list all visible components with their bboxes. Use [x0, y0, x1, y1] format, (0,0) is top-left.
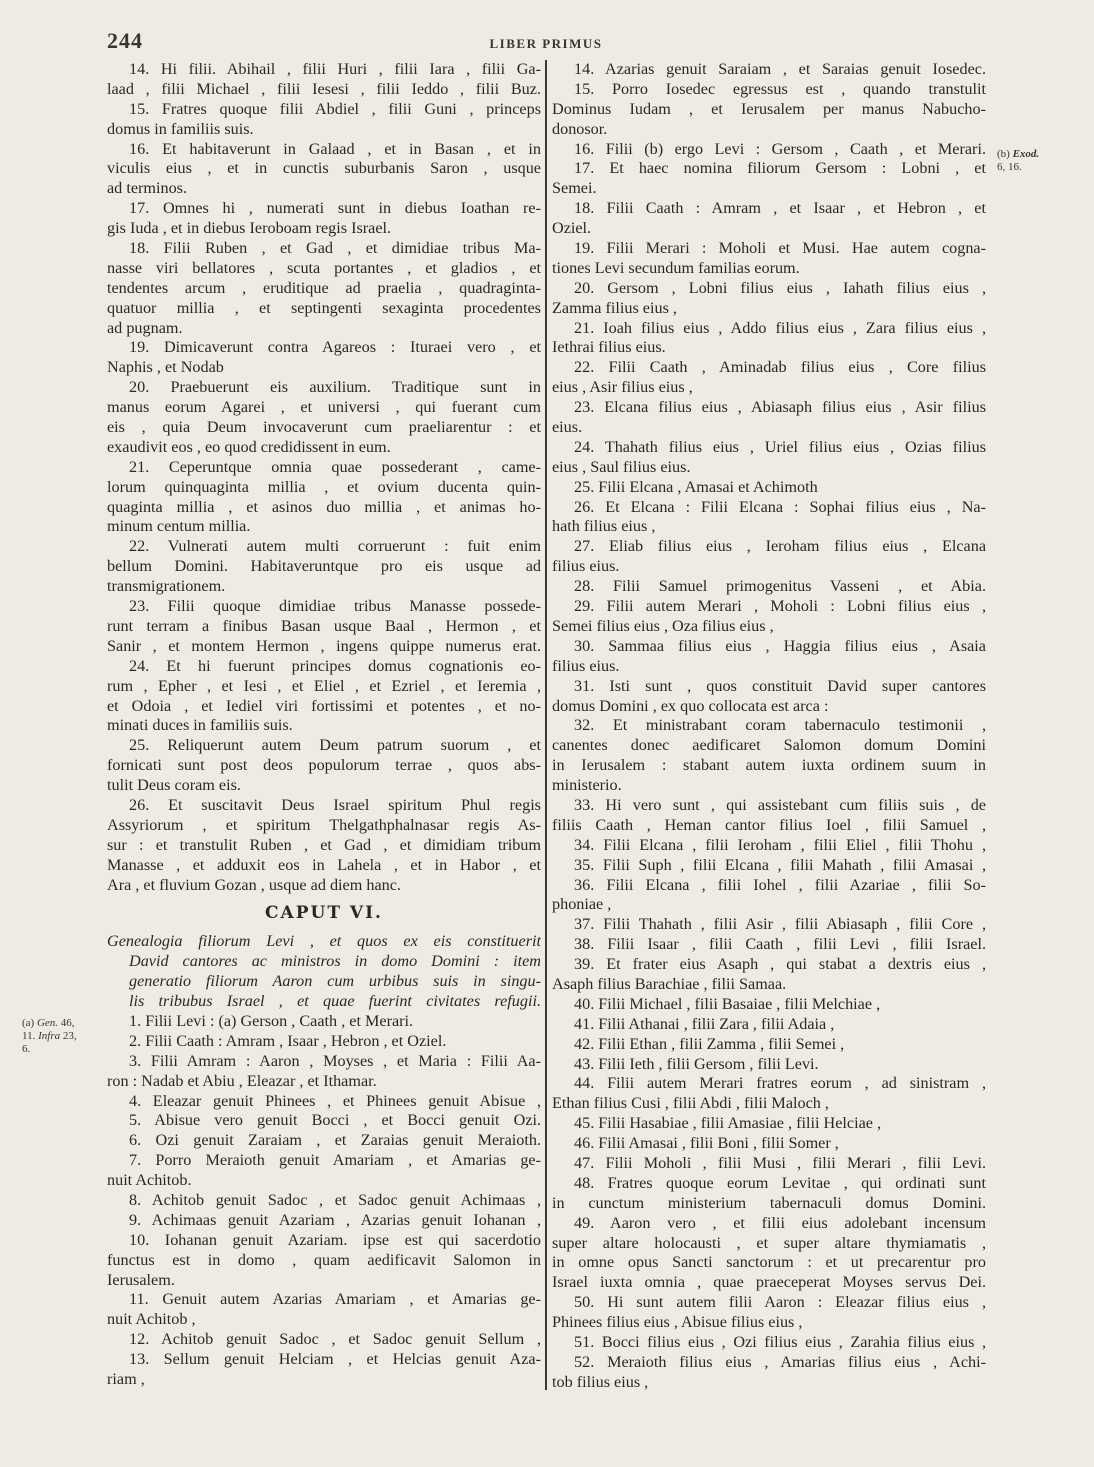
- text-line: 22. Vulnerati autem multi corruerunt : f…: [107, 537, 541, 557]
- note-line2-num: 11.: [22, 1030, 35, 1042]
- text-line: 15. Porro Iosedec egressus est , quando …: [552, 80, 986, 100]
- text-line: runt terram a finibus Basan usque Baal ,…: [107, 617, 541, 637]
- text-line: nuit Achitob ,: [107, 1310, 541, 1330]
- text-line: 14. Azarias genuit Saraiam , et Saraias …: [552, 60, 986, 80]
- text-line: ron : Nadab et Abiu , Eleazar , et Itham…: [107, 1072, 541, 1092]
- text-line: Ara , et fluvium Gozan , usque ad diem h…: [107, 876, 541, 896]
- text-line: minum centum millia.: [107, 517, 541, 537]
- text-line: filius eius.: [552, 557, 986, 577]
- text-line: 9. Achimaas genuit Azariam , Azarias gen…: [107, 1211, 541, 1231]
- text-line: 24. Thahath filius eius , Uriel filius e…: [552, 438, 986, 458]
- text-line: in Ierusalem : stabant autem iuxta ordin…: [552, 756, 986, 776]
- text-line: 45. Filii Hasabiae , filii Amasiae , fil…: [552, 1114, 986, 1134]
- text-line: 40. Filii Michael , filii Basaiae , fili…: [552, 995, 986, 1015]
- text-line: 2. Filii Caath : Amram , Isaar , Hebron …: [107, 1032, 541, 1052]
- text-line: lorum quinquaginta millia , et ovium duc…: [107, 478, 541, 498]
- text-line: 10. Iohanan genuit Azariam. ipse est qui…: [107, 1231, 541, 1251]
- text-line: nuit Achitob.: [107, 1171, 541, 1191]
- text-line: domus in familiis suis.: [107, 120, 541, 140]
- text-line: 37. Filii Thahath , filii Asir , filii A…: [552, 915, 986, 935]
- text-line: nasse viri bellatores , scuta portantes …: [107, 259, 541, 279]
- text-line: functus est in domo , quam aedificavit S…: [107, 1251, 541, 1271]
- text-line: 25. Reliquerunt autem Deum patrum suorum…: [107, 736, 541, 756]
- text-line: Dominus Iudam , et Ierusalem per manus N…: [552, 100, 986, 120]
- text-line: Manasse , et adduxit eos in Lahela , et …: [107, 856, 541, 876]
- text-line: 19. Dimicaverunt contra Agareos : Iturae…: [107, 338, 541, 358]
- text-line: hath filius eius ,: [552, 517, 986, 537]
- text-line: bellum Domini. Habitaveruntque pro eis u…: [107, 557, 541, 577]
- text-line: et Odoia , et Iediel viri fortissimi et …: [107, 697, 541, 717]
- column-divider: [545, 60, 547, 1390]
- text-line: tendentes arcum , eruditique ad praelia …: [107, 279, 541, 299]
- text-line: Ethan filius Cusi , filii Abdi , filii M…: [552, 1094, 986, 1114]
- text-line: sur : et transtulit Ruben , et Gad , et …: [107, 836, 541, 856]
- text-line: manus eorum Agarei , et universi , qui f…: [107, 398, 541, 418]
- text-line: 32. Et ministrabant coram tabernaculo te…: [552, 716, 986, 736]
- text-line: laad , filii Michael , filii Iesesi , fi…: [107, 80, 541, 100]
- text-line: 12. Achitob genuit Sadoc , et Sadoc genu…: [107, 1330, 541, 1350]
- text-line: 1. Filii Levi : (a) Gerson , Caath , et …: [107, 1012, 541, 1032]
- text-line: 46. Filii Amasai , filii Boni , filii So…: [552, 1134, 986, 1154]
- right-verses-chapter-6: 14. Azarias genuit Saraiam , et Saraias …: [552, 60, 986, 1393]
- text-line: 13. Sellum genuit Helciam , et Helcias g…: [107, 1350, 541, 1370]
- left-column: 14. Hi filii. Abihail , filii Huri , fil…: [107, 60, 541, 1390]
- text-line: 50. Hi sunt autem filii Aaron : Eleazar …: [552, 1293, 986, 1313]
- book-page: 244 LIBER PRIMUS 14. Hi filii. Abihail ,…: [0, 0, 1094, 1467]
- text-line: 48. Fratres quoque eorum Levitae , qui o…: [552, 1174, 986, 1194]
- text-line: gis Iuda , et in diebus Ieroboam regis I…: [107, 219, 541, 239]
- text-line: 21. Ceperuntque omnia quae possederant ,…: [107, 458, 541, 478]
- text-line: filius eius.: [552, 657, 986, 677]
- text-line: 33. Hi vero sunt , qui assistebant cum f…: [552, 796, 986, 816]
- text-line: Sanir , et montem Hermon , ingens quippe…: [107, 637, 541, 657]
- text-line: 52. Meraioth filius eius , Amarias filiu…: [552, 1353, 986, 1373]
- text-line: 41. Filii Athanai , filii Zara , filii A…: [552, 1015, 986, 1035]
- text-line: 6. Ozi genuit Zaraiam , et Zaraias genui…: [107, 1131, 541, 1151]
- text-line: 17. Omnes hi , numerati sunt in diebus I…: [107, 199, 541, 219]
- text-line: phoniae ,: [552, 895, 986, 915]
- text-line: 26. Et Elcana : Filii Elcana : Sophai fi…: [552, 498, 986, 518]
- text-line: fornicati sunt post deos populorum terra…: [107, 756, 541, 776]
- text-line: Semei filius eius , Oza filius eius ,: [552, 617, 986, 637]
- text-line: 47. Filii Moholi , filii Musi , filii Me…: [552, 1154, 986, 1174]
- text-line: Zamma filius eius ,: [552, 299, 986, 319]
- text-line: eius , Saul filius eius.: [552, 458, 986, 478]
- text-line: 21. Ioah filius eius , Addo filius eius …: [552, 319, 986, 339]
- margin-note-a: (a) Gen. 46, 11. Infra 23, 6.: [22, 1017, 102, 1056]
- text-line: Asaph filius Barachiae , filii Samaa.: [552, 975, 986, 995]
- chapter-summary: Genealogia filiorum Levi , et quos ex ei…: [107, 932, 541, 1012]
- text-line: 4. Eleazar genuit Phinees , et Phinees g…: [107, 1092, 541, 1112]
- text-line: 3. Filii Amram : Aaron , Moyses , et Mar…: [107, 1052, 541, 1072]
- right-column: 14. Azarias genuit Saraiam , et Saraias …: [552, 60, 986, 1393]
- text-line: 18. Filii Caath : Amram , et Isaar , et …: [552, 199, 986, 219]
- text-line: Israel iuxta omnia , quae praeceperat Mo…: [552, 1273, 986, 1293]
- text-line: 20. Praebuerunt eis auxilium. Traditique…: [107, 378, 541, 398]
- text-line: quatuor millia , et septingenti sexagint…: [107, 299, 541, 319]
- text-line: transmigrationem.: [107, 577, 541, 597]
- text-line: 23. Elcana filius eius , Abiasaph filius…: [552, 398, 986, 418]
- text-line: 51. Bocci filius eius , Ozi filius eius …: [552, 1333, 986, 1353]
- text-line: 36. Filii Elcana , filii Iohel , filii A…: [552, 876, 986, 896]
- text-line: 43. Filii Ieth , filii Gersom , filii Le…: [552, 1055, 986, 1075]
- left-verses-chapter-6: 1. Filii Levi : (a) Gerson , Caath , et …: [107, 1012, 541, 1390]
- text-line: 44. Filii autem Merari fratres eorum , a…: [552, 1074, 986, 1094]
- text-line: 14. Hi filii. Abihail , filii Huri , fil…: [107, 60, 541, 80]
- text-line: 19. Filii Merari : Moholi et Musi. Hae a…: [552, 239, 986, 259]
- text-line: Iethrai filius eius.: [552, 338, 986, 358]
- text-line: ministerio.: [552, 776, 986, 796]
- text-line: 8. Achitob genuit Sadoc , et Sadoc genui…: [107, 1191, 541, 1211]
- text-line: in omne opus Sancti sanctorum : et ut pr…: [552, 1253, 986, 1273]
- text-line: ad pugnam.: [107, 319, 541, 339]
- text-line: riam ,: [107, 1370, 541, 1390]
- text-line: 20. Gersom , Lobni filius eius , Iahath …: [552, 279, 986, 299]
- note-ref-exod-num: 6, 16.: [997, 161, 1022, 173]
- text-line: 28. Filii Samuel primogenitus Vasseni , …: [552, 577, 986, 597]
- text-line: 49. Aaron vero , et filii eius adolebant…: [552, 1214, 986, 1234]
- text-line: 16. Filii (b) ergo Levi : Gersom , Caath…: [552, 140, 986, 160]
- text-line: 34. Filii Elcana , filii Ieroham , filii…: [552, 836, 986, 856]
- text-line: 17. Et haec nomina filiorum Gersom : Lob…: [552, 159, 986, 179]
- page-header: 244 LIBER PRIMUS: [107, 28, 985, 54]
- text-line: 25. Filii Elcana , Amasai et Achimoth: [552, 478, 986, 498]
- text-line: Semei.: [552, 179, 986, 199]
- text-line: donosor.: [552, 120, 986, 140]
- text-line: filiis Caath , Heman cantor filius Ioel …: [552, 816, 986, 836]
- note-line3: 6.: [22, 1043, 30, 1055]
- text-line: 38. Filii Isaar , filii Caath , filii Le…: [552, 935, 986, 955]
- text-line: 7. Porro Meraioth genuit Amariam , et Am…: [107, 1151, 541, 1171]
- text-line: 22. Filii Caath , Aminadab filius eius ,…: [552, 358, 986, 378]
- text-line: eius , Asir filius eius ,: [552, 378, 986, 398]
- note-ref-exod: Exod.: [1013, 148, 1040, 160]
- chapter-heading: CAPUT VI.: [107, 904, 541, 926]
- text-line: Naphis , et Nodab: [107, 358, 541, 378]
- text-line: tob filius eius ,: [552, 1373, 986, 1393]
- text-line: 5. Abisue vero genuit Bocci , et Bocci g…: [107, 1111, 541, 1131]
- margin-note-b: (b) Exod. 6, 16.: [997, 148, 1087, 174]
- text-line: 23. Filii quoque dimidiae tribus Manasse…: [107, 597, 541, 617]
- text-line: 11. Genuit autem Azarias Amariam , et Am…: [107, 1290, 541, 1310]
- text-line: 42. Filii Ethan , filii Zamma , filii Se…: [552, 1035, 986, 1055]
- text-line: lis tribubus Israel , et quae fuerint ci…: [107, 992, 541, 1012]
- text-line: 29. Filii autem Merari , Moholi : Lobni …: [552, 597, 986, 617]
- text-line: super altare holocausti , et super altar…: [552, 1234, 986, 1254]
- text-line: 27. Eliab filius eius , Ieroham filius e…: [552, 537, 986, 557]
- text-line: 16. Et habitaverunt in Galaad , et in Ba…: [107, 140, 541, 160]
- text-line: exaudivit eos , eo quod credidissent in …: [107, 438, 541, 458]
- text-line: 30. Sammaa filius eius , Haggia filius e…: [552, 637, 986, 657]
- text-line: 26. Et suscitavit Deus Israel spiritum P…: [107, 796, 541, 816]
- text-line: 18. Filii Ruben , et Gad , et dimidiae t…: [107, 239, 541, 259]
- note-marker-b: (b): [997, 148, 1010, 160]
- note-ref-gen: Gen.: [37, 1017, 58, 1029]
- text-line: rum , Epher , et Iesi , et Eliel , et Ez…: [107, 677, 541, 697]
- text-line: tiones Levi secundum familias eorum.: [552, 259, 986, 279]
- text-line: 24. Et hi fuerunt principes domus cognat…: [107, 657, 541, 677]
- text-line: domus Domini , ex quo collocata est arca…: [552, 697, 986, 717]
- text-line: canentes donec aedificaret Salomon domum…: [552, 736, 986, 756]
- left-verses-chapter-5: 14. Hi filii. Abihail , filii Huri , fil…: [107, 60, 541, 895]
- text-line: 15. Fratres quoque filii Abdiel , filii …: [107, 100, 541, 120]
- text-line: David cantores ac ministros in domo Domi…: [107, 952, 541, 972]
- note-marker-a: (a): [22, 1017, 34, 1029]
- text-line: Oziel.: [552, 219, 986, 239]
- text-line: eius.: [552, 418, 986, 438]
- text-line: 31. Isti sunt , quos constituit David su…: [552, 677, 986, 697]
- text-line: Ierusalem.: [107, 1271, 541, 1291]
- text-line: 39. Et frater eius Asaph , qui stabat a …: [552, 955, 986, 975]
- text-line: eis , quia Deum invocaverunt cum praelia…: [107, 418, 541, 438]
- text-line: tulit Deus coram eis.: [107, 776, 541, 796]
- note-ref-infra: Infra: [38, 1030, 60, 1042]
- text-line: Genealogia filiorum Levi , et quos ex ei…: [107, 932, 541, 952]
- text-line: viculis eius , et in cunctis suburbanis …: [107, 159, 541, 179]
- text-line: Phinees filius eius , Abisue filius eius…: [552, 1313, 986, 1333]
- text-line: quaginta millia , et asinos duo millia ,…: [107, 498, 541, 518]
- text-line: 35. Filii Suph , filii Elcana , filii Ma…: [552, 856, 986, 876]
- note-ref-infra-num: 23,: [63, 1030, 77, 1042]
- text-line: in cunctum ministerium tabernaculi domus…: [552, 1194, 986, 1214]
- text-line: ad terminos.: [107, 179, 541, 199]
- text-line: minati duces in familiis suis.: [107, 716, 541, 736]
- running-title: LIBER PRIMUS: [107, 36, 985, 52]
- note-ref-gen-num: 46,: [61, 1017, 75, 1029]
- text-line: generatio filiorum Aaron cum urbibus sui…: [107, 972, 541, 992]
- text-line: Assyriorum , et spiritum Thelgathphalnas…: [107, 816, 541, 836]
